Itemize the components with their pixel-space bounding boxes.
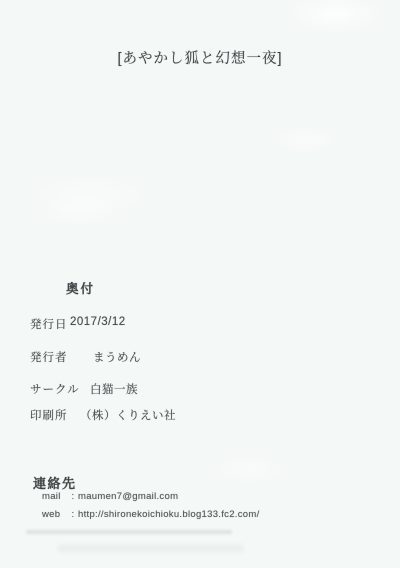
scan-artifact-line — [26, 530, 232, 534]
contact-row-web: web:http://shironekoichioku.blog133.fc2.… — [42, 509, 260, 520]
colophon-row-publication-date: 発行日 2017/3/12 — [0, 316, 400, 332]
scanned-colophon-page: [あやかし狐と幻想一夜] 奥付 発行日 2017/3/12 発行者 まうめん サ… — [0, 0, 400, 568]
field-label: サークル — [30, 381, 80, 397]
web-url: http://shironekoichioku.blog133.fc2.com/ — [78, 509, 260, 520]
contact-heading: 連絡先 — [33, 473, 77, 492]
field-value: まうめん — [93, 349, 141, 365]
web-separator: : — [68, 509, 78, 520]
colophon-row-circle: サークル 白猫一族 — [0, 381, 400, 397]
mail-address: maumen7@gmail.com — [78, 491, 178, 502]
field-value: 2017/3/12 — [70, 316, 126, 328]
scan-artifact-smudge — [58, 545, 243, 552]
field-label: 印刷所 — [30, 407, 68, 423]
mail-separator: : — [68, 491, 78, 502]
colophon-row-printer: 印刷所 （株）くりえい社 — [0, 407, 400, 423]
colophon-row-publisher: 発行者 まうめん — [0, 349, 400, 365]
web-label: web — [42, 509, 68, 520]
field-label: 発行日 — [30, 316, 68, 332]
mail-label: mail — [42, 491, 68, 502]
field-value: （株）くりえい社 — [80, 407, 176, 423]
colophon-heading: 奥付 — [66, 279, 95, 297]
book-title: [あやかし狐と幻想一夜] — [0, 47, 400, 68]
field-label: 発行者 — [30, 349, 68, 365]
field-value: 白猫一族 — [90, 381, 138, 397]
contact-row-mail: mail:maumen7@gmail.com — [42, 491, 178, 502]
